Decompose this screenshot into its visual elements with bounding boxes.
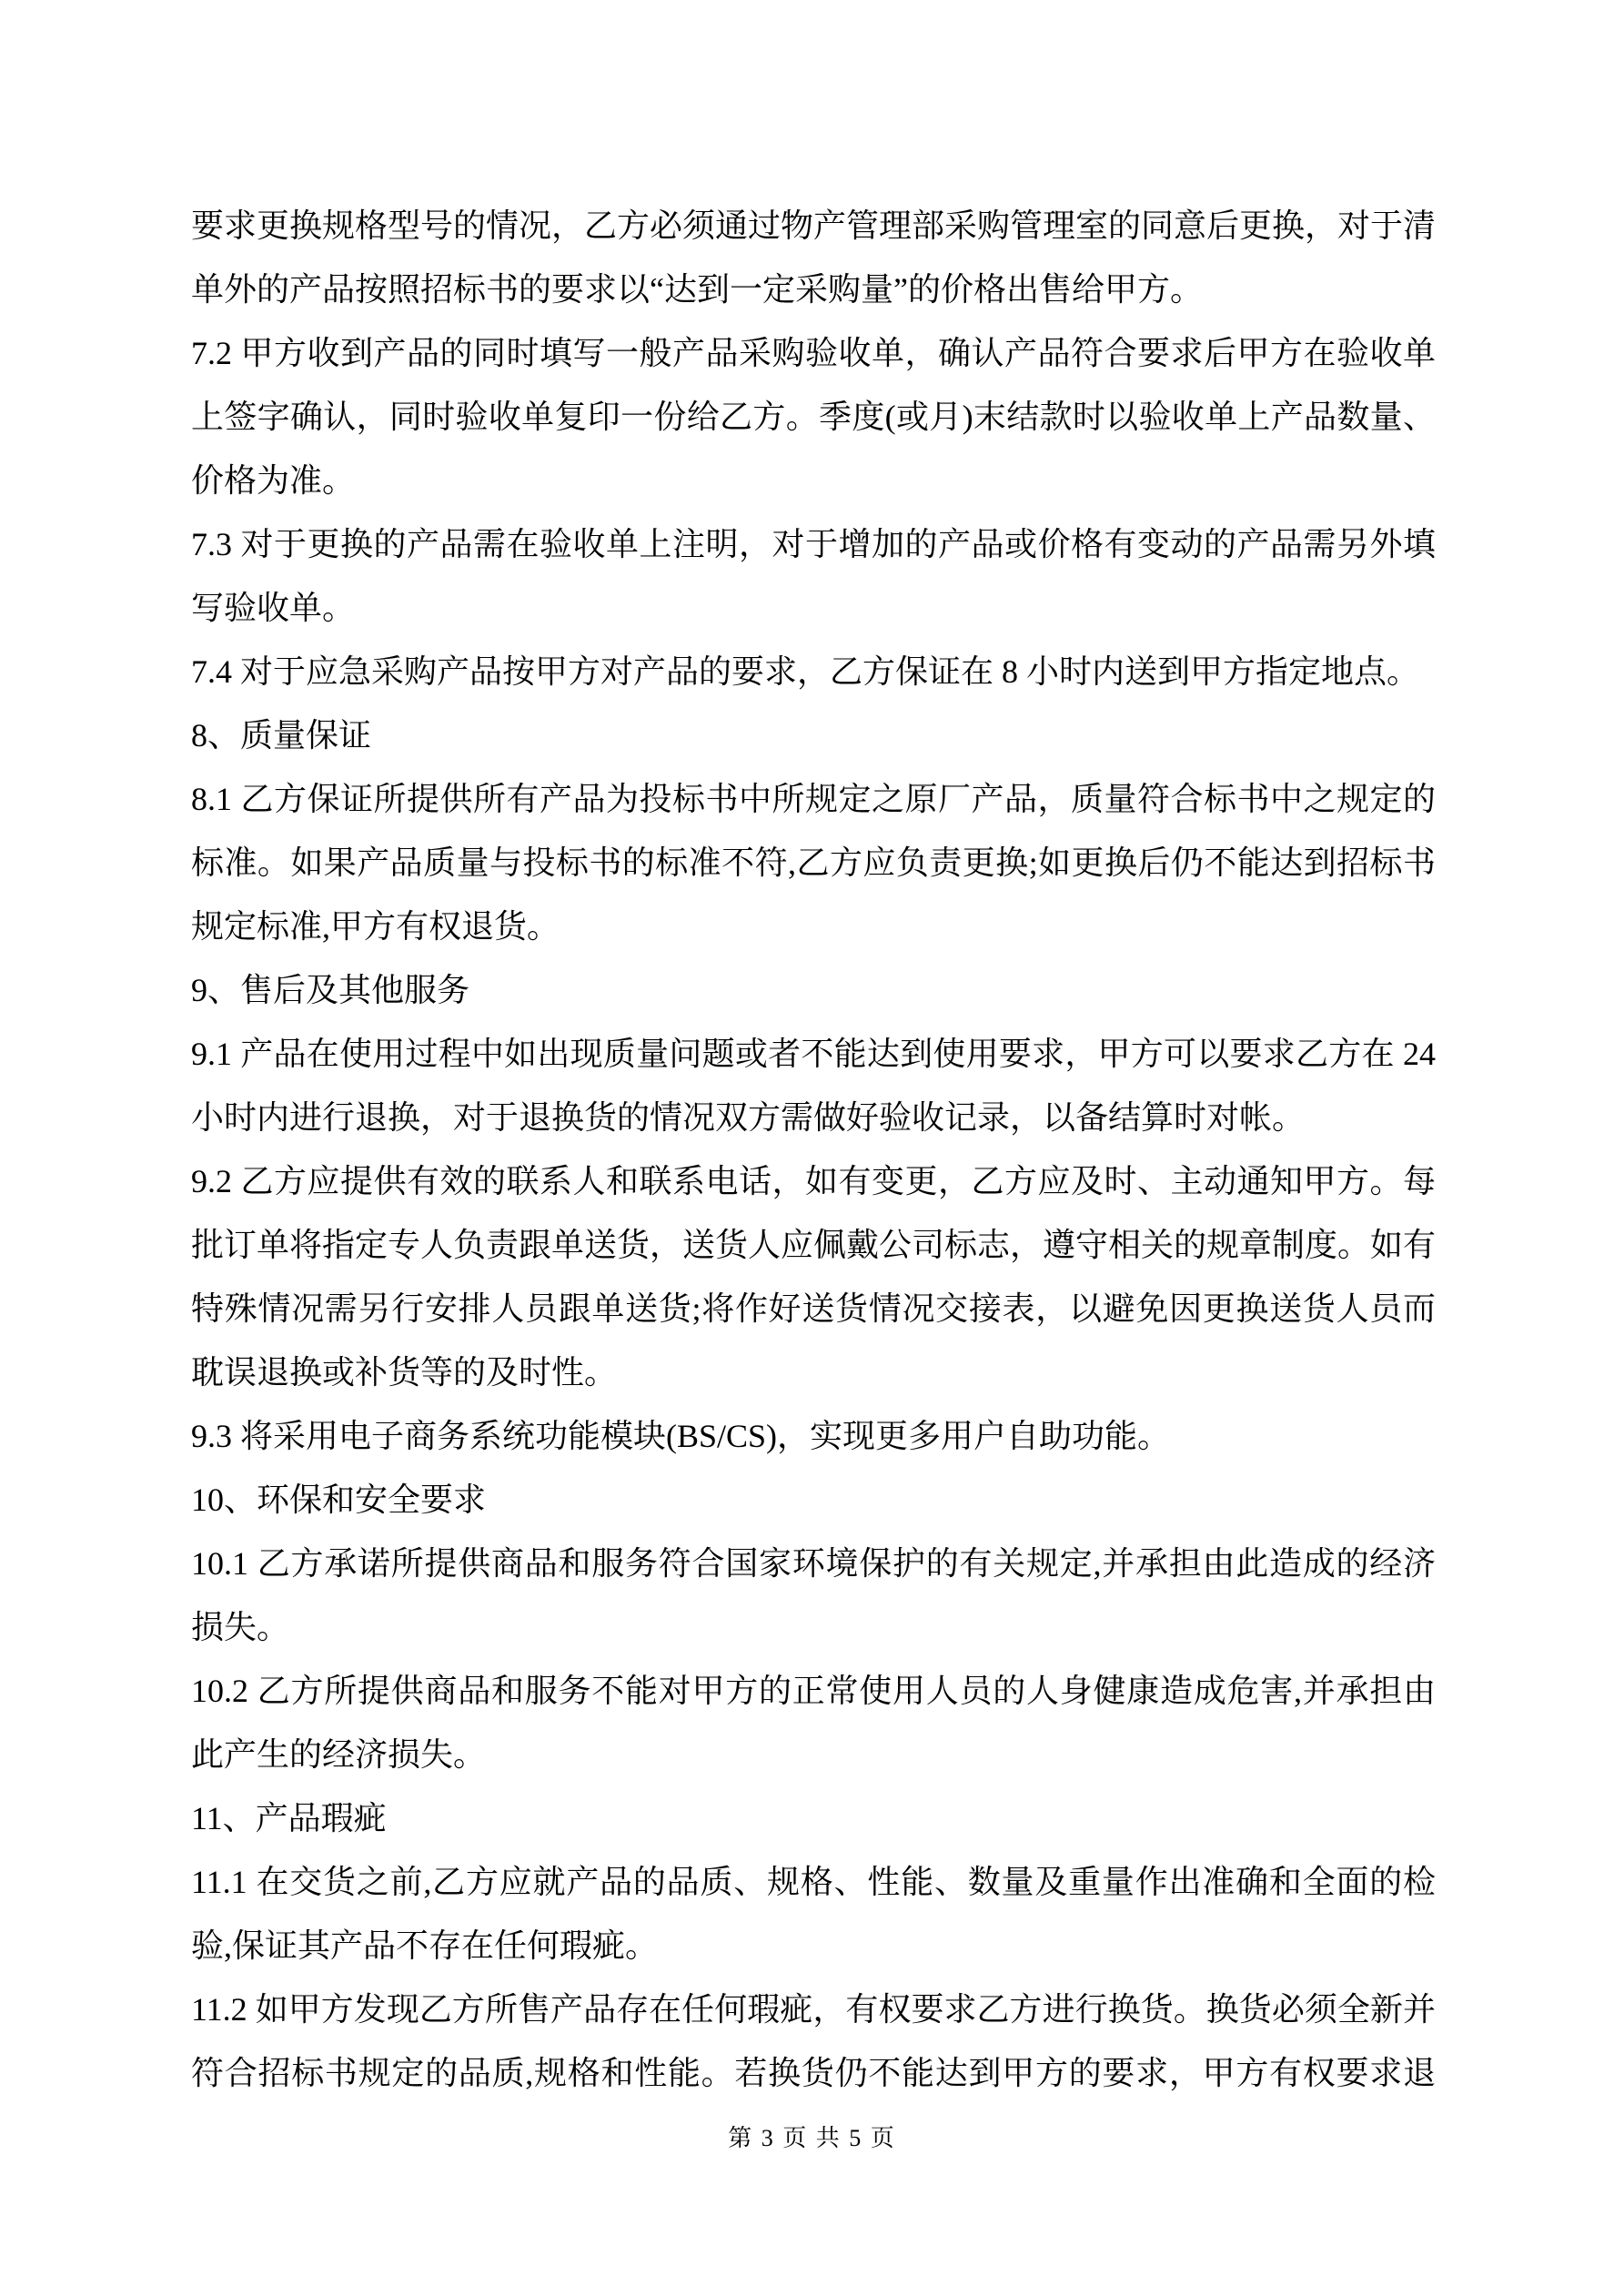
document-line: 规定标准,甲方有权退货。 xyxy=(191,895,1436,958)
document-line: 价格为准。 xyxy=(191,449,1436,512)
document-line: 标准。如果产品质量与投标书的标准不符,乙方应负责更换;如更换后仍不能达到招标书 xyxy=(191,831,1436,895)
document-line: 9.2 乙方应提供有效的联系人和联系电话，如有变更，乙方应及时、主动通知甲方。每 xyxy=(191,1149,1436,1213)
document-line: 11.1 在交货之前,乙方应就产品的品质、规格、性能、数量及重量作出准确和全面的… xyxy=(191,1850,1436,1914)
document-line: 批订单将指定专人负责跟单送货，送货人应佩戴公司标志，遵守相关的规章制度。如有 xyxy=(191,1213,1436,1277)
document-line: 7.2 甲方收到产品的同时填写一般产品采购验收单，确认产品符合要求后甲方在验收单 xyxy=(191,321,1436,385)
document-line: 10、环保和安全要求 xyxy=(191,1468,1436,1532)
document-page: 要求更换规格型号的情况，乙方必须通过物产管理部采购管理室的同意后更换，对于清单外… xyxy=(0,0,1624,2296)
document-line: 7.4 对于应急采购产品按甲方对产品的要求，乙方保证在 8 小时内送到甲方指定地… xyxy=(191,640,1436,703)
document-line: 上签字确认，同时验收单复印一份给乙方。季度(或月)末结款时以验收单上产品数量、 xyxy=(191,385,1436,449)
document-line: 符合招标书规定的品质,规格和性能。若换货仍不能达到甲方的要求，甲方有权要求退 xyxy=(191,2041,1436,2105)
document-line: 7.3 对于更换的产品需在验收单上注明，对于增加的产品或价格有变动的产品需另外填 xyxy=(191,512,1436,576)
document-line: 11、产品瑕疵 xyxy=(191,1786,1436,1850)
document-body: 要求更换规格型号的情况，乙方必须通过物产管理部采购管理室的同意后更换，对于清单外… xyxy=(191,194,1436,2105)
document-line: 8.1 乙方保证所提供所有产品为投标书中所规定之原厂产品，质量符合标书中之规定的 xyxy=(191,767,1436,831)
document-line: 9.3 将采用电子商务系统功能模块(BS/CS)，实现更多用户自助功能。 xyxy=(191,1404,1436,1468)
document-line: 写验收单。 xyxy=(191,576,1436,640)
document-line: 单外的产品按照招标书的要求以“达到一定采购量”的价格出售给甲方。 xyxy=(191,258,1436,321)
document-line: 要求更换规格型号的情况，乙方必须通过物产管理部采购管理室的同意后更换，对于清 xyxy=(191,194,1436,258)
document-line: 特殊情况需另行安排人员跟单送货;将作好送货情况交接表，以避免因更换送货人员而 xyxy=(191,1277,1436,1340)
document-line: 9.1 产品在使用过程中如出现质量问题或者不能达到使用要求，甲方可以要求乙方在 … xyxy=(191,1022,1436,1086)
document-line: 此产生的经济损失。 xyxy=(191,1723,1436,1786)
document-line: 9、售后及其他服务 xyxy=(191,958,1436,1022)
document-line: 验,保证其产品不存在任何瑕疵。 xyxy=(191,1914,1436,1977)
page-footer: 第 3 页 共 5 页 xyxy=(0,2124,1624,2153)
document-line: 耽误退换或补货等的及时性。 xyxy=(191,1340,1436,1404)
document-line: 损失。 xyxy=(191,1595,1436,1659)
document-line: 10.2 乙方所提供商品和服务不能对甲方的正常使用人员的人身健康造成危害,并承担… xyxy=(191,1659,1436,1723)
document-line: 小时内进行退换，对于退换货的情况双方需做好验收记录，以备结算时对帐。 xyxy=(191,1086,1436,1149)
document-line: 11.2 如甲方发现乙方所售产品存在任何瑕疵，有权要求乙方进行换货。换货必须全新… xyxy=(191,1977,1436,2041)
document-line: 10.1 乙方承诺所提供商品和服务符合国家环境保护的有关规定,并承担由此造成的经… xyxy=(191,1532,1436,1595)
document-line: 8、质量保证 xyxy=(191,703,1436,767)
